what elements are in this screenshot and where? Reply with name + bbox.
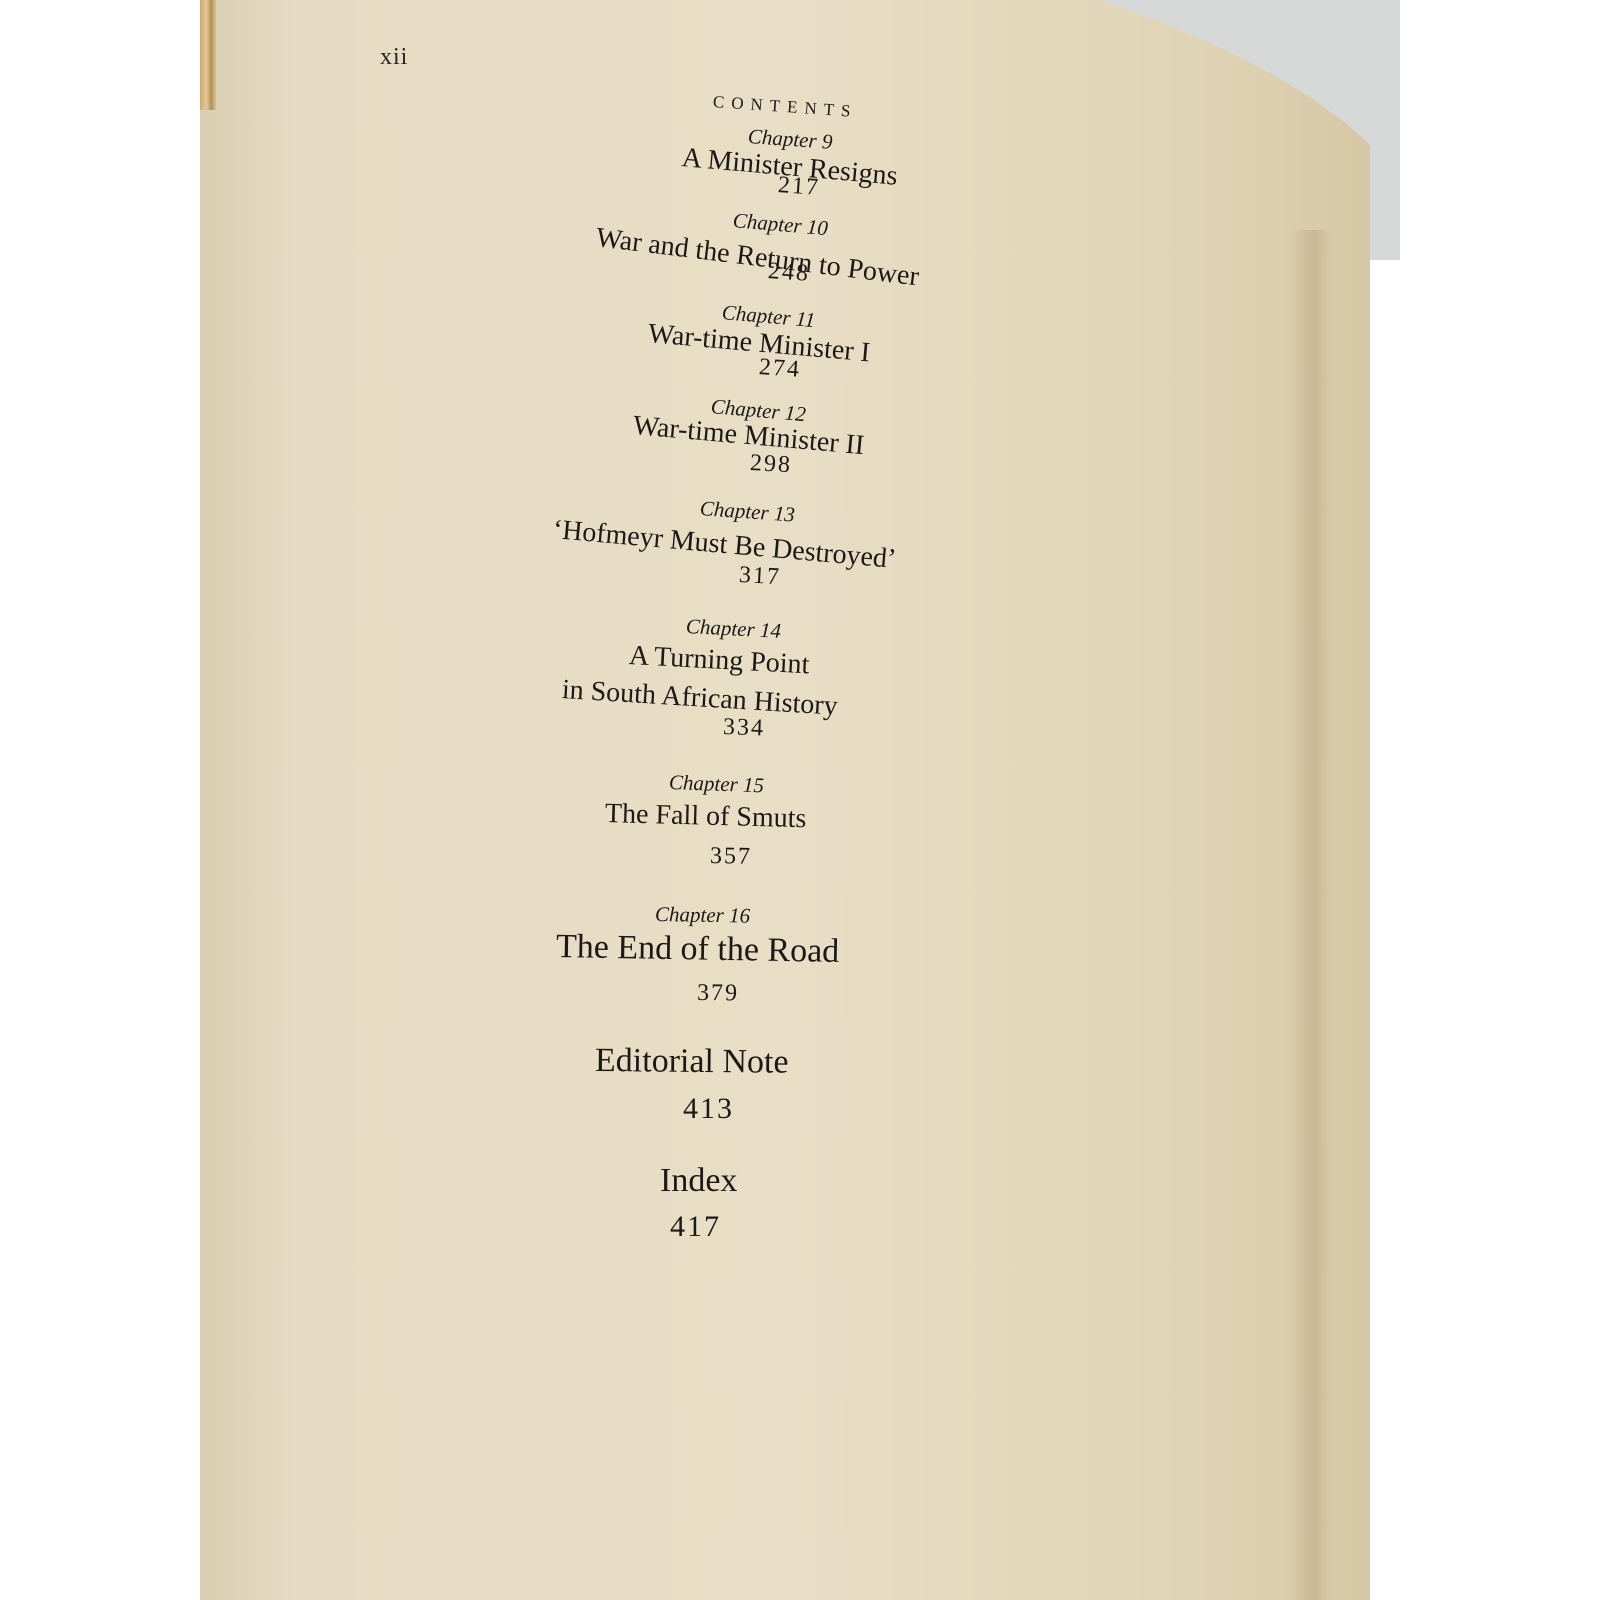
back-matter-title: Index	[660, 1162, 737, 1200]
chapter-page: 357	[710, 843, 752, 871]
back-matter-page: 413	[683, 1092, 734, 1126]
back-matter-title: Editorial Note	[595, 1042, 789, 1082]
contents-heading: CONTENTS	[712, 92, 858, 122]
chapter-page: 248	[767, 258, 811, 288]
chapter-label: Chapter 15	[669, 770, 765, 798]
chapter-page: 317	[738, 562, 781, 591]
chapter-page: 298	[749, 450, 792, 479]
chapter-page: 274	[758, 354, 802, 384]
chapter-page: 379	[697, 980, 739, 1007]
back-matter-page: 417	[670, 1210, 721, 1244]
chapter-page: 334	[723, 714, 766, 742]
chapter-title: ‘Hofmeyr Must Be Destroyed’	[552, 514, 898, 576]
chapter-title: The End of the Road	[556, 928, 840, 971]
photo-scene: xii CONTENTS Chapter 9 A Minister Resign…	[0, 0, 1600, 1600]
chapter-label: Chapter 14	[685, 614, 781, 644]
chapter-label: Chapter 10	[732, 208, 829, 241]
chapter-page: 217	[777, 172, 821, 202]
chapter-title-line1: A Turning Point	[628, 640, 810, 681]
chapter-label: Chapter 13	[699, 496, 796, 528]
chapter-title-line2: in South African History	[561, 674, 839, 723]
chapter-title: The Fall of Smuts	[605, 798, 807, 835]
table-of-contents: CONTENTS Chapter 9 A Minister Resigns 21…	[0, 0, 1600, 1600]
chapter-label: Chapter 16	[655, 902, 751, 929]
